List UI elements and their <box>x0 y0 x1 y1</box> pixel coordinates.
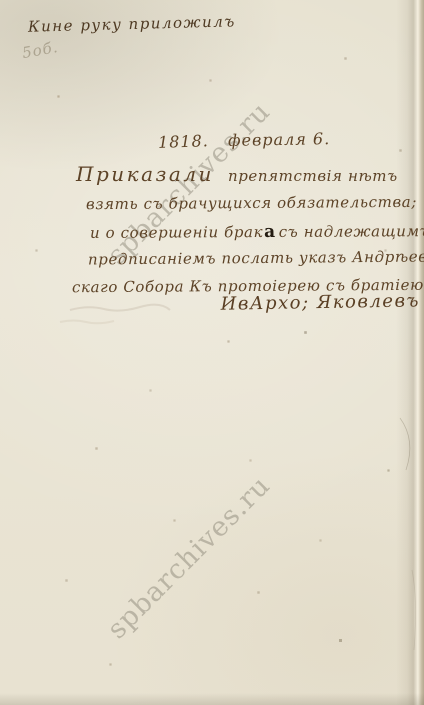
body-line-4: предписаніемъ послать указъ Андрѣев <box>88 248 424 269</box>
book-edge-shadow <box>396 0 424 705</box>
top-annotation: Кине руку приложилъ <box>28 12 236 35</box>
ink-bleed-through-marks <box>0 0 424 705</box>
body-line-1: Приказалипрепятствія нѣтъ <box>76 162 398 186</box>
body-line-3: и о совершеніи бракасъ надлежащимъ <box>90 221 424 243</box>
body-line-3-post: съ надлежащимъ <box>279 222 424 241</box>
paper-speckles <box>0 0 1 1</box>
body-line-3-pre: и о совершеніи брак <box>90 223 263 242</box>
inserted-correction-letter: а <box>264 222 276 242</box>
body-line-1-rest: препятствія нѣтъ <box>228 167 398 185</box>
manuscript-page: spbarchives.ru spbarchives.ru Кине руку … <box>0 0 424 705</box>
body-line-1-lead: Приказали <box>76 162 214 186</box>
date-month-day: февраля 6. <box>228 129 331 150</box>
date-year: 1818. <box>158 131 209 152</box>
bottom-edge-shadow <box>0 693 424 705</box>
folio-number: 5об. <box>21 38 60 62</box>
body-line-2: взять съ брачущихся обязательства; <box>86 193 417 213</box>
watermark-lower: spbarchives.ru <box>97 465 282 650</box>
signature-line: ИвАрхо; Яковлевъ <box>0 290 420 318</box>
